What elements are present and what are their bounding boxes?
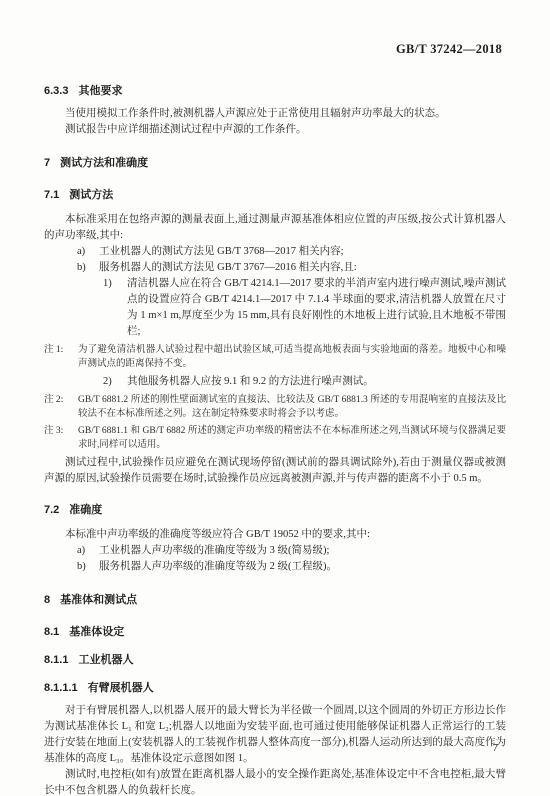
heading-title: 工业机器人 [78,651,133,667]
standard-number-header: GB/T 37242—2018 [396,42,502,57]
note-2: 注 2: GB/T 6881.2 所述的刚性壁面测试室的直接法、比较法及 GB/… [44,393,506,421]
list-item-text: 工业机器人的测试方法见 GB/T 3768—2017 相关内容; [99,244,506,260]
heading-number: 7 [44,157,50,169]
list-item-text: 服务机器人声功率级的准确度等级为 2 级(工程级)。 [99,559,506,575]
heading-number: 6.3.3 [44,85,68,97]
heading-8: 8 基准体和测试点 [44,591,506,607]
paragraph: 测试时,电控柜(如有)放置在距离机器人最小的安全操作距离处,基准体设定中不含电控… [44,767,506,796]
heading-8-1-1-1: 8.1.1.1 有臂展机器人 [44,679,506,695]
list-item-a: a) 工业机器人声功率级的准确度等级为 3 级(简易级); [44,543,506,559]
heading-title: 有臂展机器人 [88,679,154,695]
note-label: 注 3: [44,424,78,452]
list-item-b2: 2) 其他服务机器人应按 9.1 和 9.2 的方法进行噪声测试。 [44,374,506,390]
heading-title: 基准体设定 [69,623,124,639]
heading-8-1-1: 8.1.1 工业机器人 [44,651,506,667]
heading-6-3-3: 6.3.3 其他要求 [44,82,506,98]
list-item-text: 服务机器人的测试方法见 GB/T 3767—2016 相关内容,且: [99,260,506,276]
note-1: 注 1: 为了避免清洁机器人试验过程中超出试验区域,可适当提高地板表面与实验地面… [44,343,506,371]
heading-number: 7.1 [44,189,59,201]
list-item-a: a) 工业机器人的测试方法见 GB/T 3768—2017 相关内容; [44,244,506,260]
list-item-text: 其他服务机器人应按 9.1 和 9.2 的方法进行噪声测试。 [127,374,506,390]
list-item-text: 工业机器人声功率级的准确度等级为 3 级(简易级); [99,543,506,559]
list-item-b1: 1) 清洁机器人应在符合 GB/T 4214.1—2017 要求的半消声室内进行… [44,276,506,340]
heading-title: 其他要求 [78,82,122,98]
page-content: 6.3.3 其他要求 当使用模拟工作条件时,被测机器人声源应处于正常使用且辐射声… [44,57,506,796]
heading-8-1: 8.1 基准体设定 [44,623,506,639]
heading-number: 7.2 [44,504,59,516]
note-text: GB/T 6881.2 所述的刚性壁面测试室的直接法、比较法及 GB/T 688… [78,393,506,421]
heading-title: 测试方法 [69,186,113,202]
heading-number: 8.1.1.1 [44,682,78,694]
paragraph: 本标准中声功率级的准确度等级应符合 GB/T 19052 中的要求,其中: [44,527,506,543]
list-item-b: b) 服务机器人的测试方法见 GB/T 3767—2016 相关内容,且: [44,260,506,276]
heading-title: 测试方法和准确度 [60,154,148,170]
heading-number: 8 [44,594,50,606]
note-text: GB/T 6881.1 和 GB/T 6882 所述的测定声功率级的精密法不在本… [78,424,506,452]
note-3: 注 3: GB/T 6881.1 和 GB/T 6882 所述的测定声功率级的精… [44,424,506,452]
list-marker: a) [77,244,99,260]
paragraph: 本标准采用在包络声源的测量表面上,通过测量声源基准体相应位置的声压级,按公式计算… [44,212,506,244]
note-label: 注 2: [44,393,78,421]
list-marker: b) [77,559,99,575]
heading-number: 8.1 [44,626,59,638]
heading-title: 准确度 [69,501,102,517]
document-page: GB/T 37242—2018 6.3.3 其他要求 当使用模拟工作条件时,被测… [0,0,550,796]
list-marker: 2) [103,374,127,390]
list-marker: 1) [103,276,127,340]
paragraph: 测试过程中,试验操作员应避免在测试现场停留(测试前的器具调试除外),若由于测量仪… [44,455,506,487]
paragraph: 测试报告中应详细描述测试过程中声源的工作条件。 [44,122,506,138]
list-item-text: 清洁机器人应在符合 GB/T 4214.1—2017 要求的半消声室内进行噪声测… [127,276,506,340]
page-number: 7 [493,742,499,754]
heading-title: 基准体和测试点 [60,591,137,607]
list-marker: b) [77,260,99,276]
heading-7-2: 7.2 准确度 [44,501,506,517]
heading-7: 7 测试方法和准确度 [44,154,506,170]
list-marker: a) [77,543,99,559]
note-text: 为了避免清洁机器人试验过程中超出试验区域,可适当提高地板表面与实验地面的落差。地… [78,343,506,371]
paragraph: 当使用模拟工作条件时,被测机器人声源应处于正常使用且辐射声功率最大的状态。 [44,106,506,122]
note-label: 注 1: [44,343,78,371]
list-item-b: b) 服务机器人声功率级的准确度等级为 2 级(工程级)。 [44,559,506,575]
heading-7-1: 7.1 测试方法 [44,186,506,202]
heading-number: 8.1.1 [44,654,68,666]
paragraph: 对于有臂展机器人,以机器人展开的最大臂长为半径做一个圆周,以这个圆周的外切正方形… [44,703,506,767]
